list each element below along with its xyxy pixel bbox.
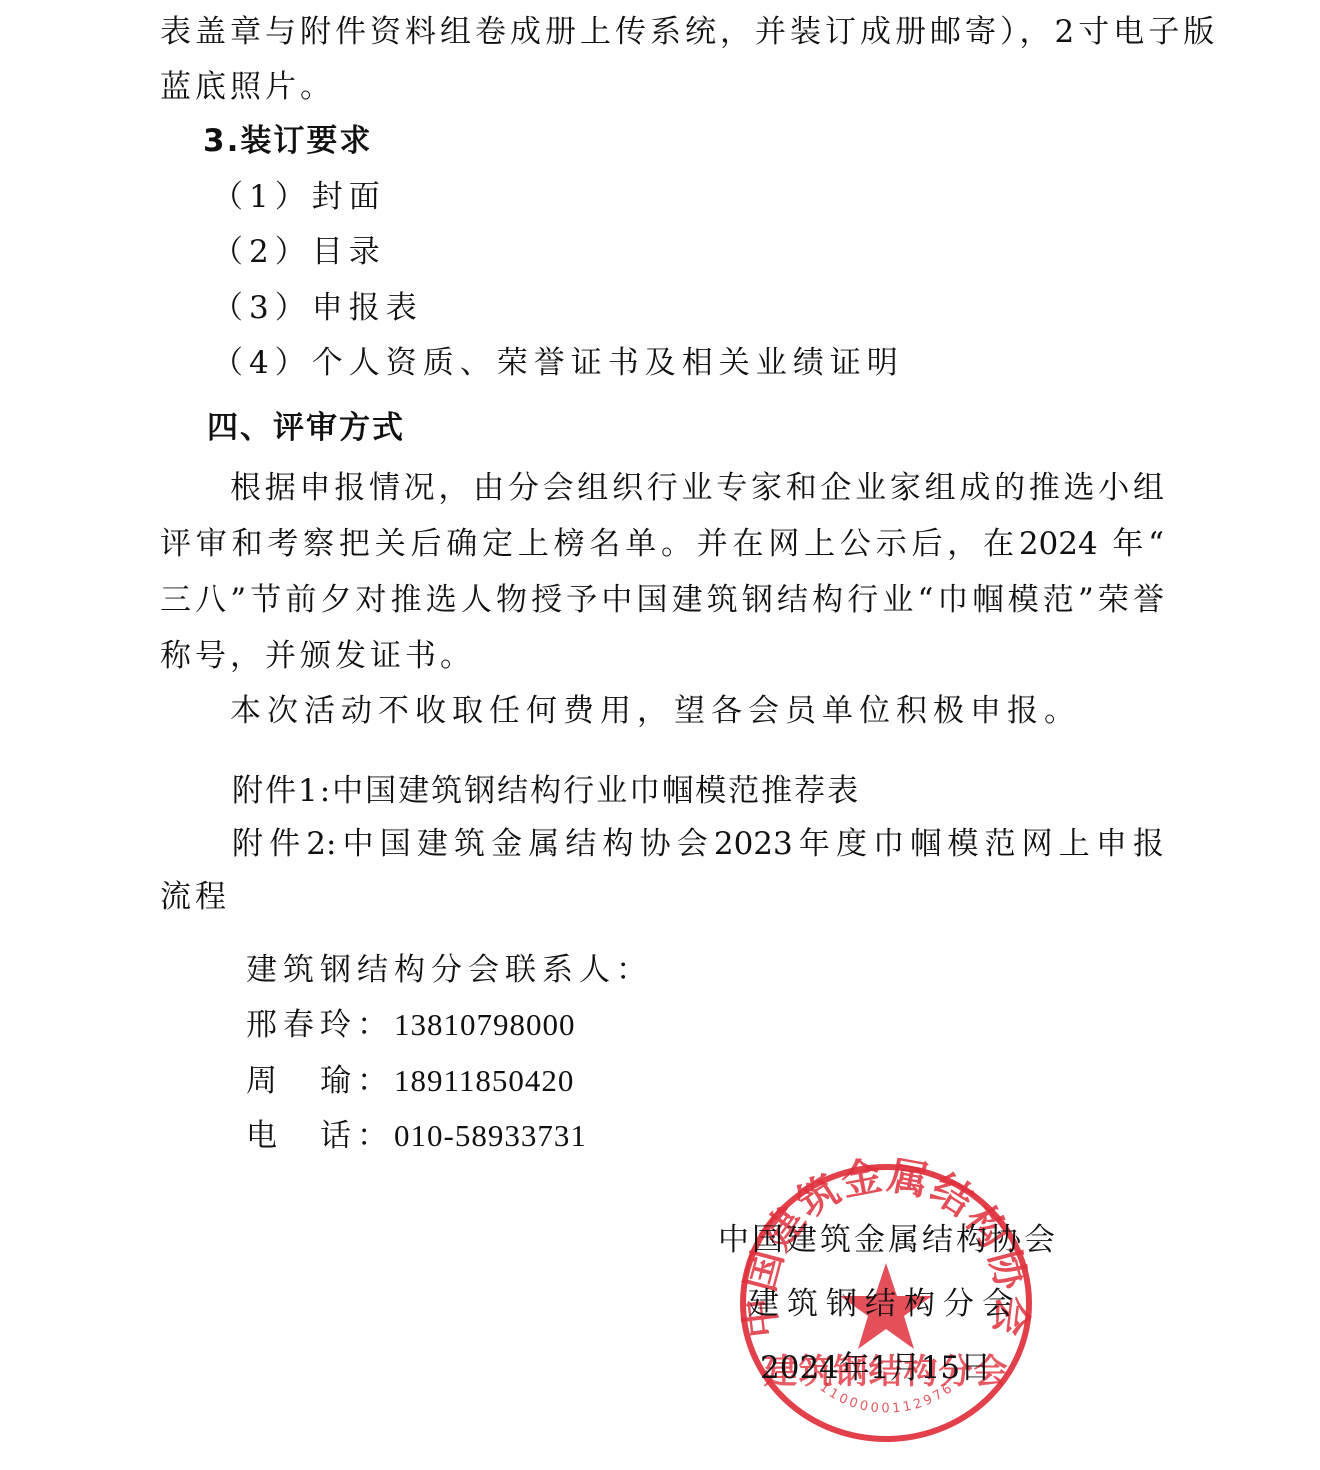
contact-sep: ：: [357, 1007, 394, 1043]
attachment-1-title: 中国建筑钢结构行业巾帼模范推荐表: [332, 773, 860, 809]
review-paragraph-line-2: 评审和考察把关后确定上榜名单。并在网上公示后，在2024 年“: [160, 524, 1164, 564]
attachment-1[interactable]: 附件1:中国建筑钢结构行业巾帼模范推荐表: [232, 771, 860, 811]
contacts-heading: 建筑钢结构分会联系人：: [246, 950, 653, 990]
contact-name: 周 瑜: [246, 1063, 357, 1099]
review-paragraph-line-1: 根据申报情况，由分会组织行业专家和企业家组成的推选小组: [230, 468, 1164, 508]
continued-paragraph-line-1: 表盖章与附件资料组卷成册上传系统，并装订成册邮寄），2寸电子版: [160, 12, 1164, 52]
attachment-2-continuation: 流程: [160, 877, 230, 917]
attachment-2-label: 附件2:: [232, 826, 336, 862]
signature-branch: 建筑钢结构分会: [748, 1284, 1021, 1324]
signature-org: 中国建筑金属结构协会: [718, 1220, 1058, 1260]
contact-phone[interactable]: 18911850420: [394, 1063, 574, 1098]
review-paragraph-line-4: 称号，并颁发证书。: [160, 636, 475, 676]
section-4-heading: 四、评审方式: [207, 408, 405, 448]
review-paragraph-line-3: 三八”节前夕对推选人物授予中国建筑钢结构行业“巾帼模范”荣誉: [160, 580, 1164, 620]
contact-phone[interactable]: 13810798000: [394, 1007, 576, 1042]
signature-date: 2024年1月15日: [760, 1348, 991, 1388]
contact-sep: ：: [357, 1063, 394, 1099]
attachment-2[interactable]: 附件2:中国建筑金属结构协会2023年度巾帼模范网上申报: [232, 824, 1164, 864]
section-3-item-3: （3）申报表: [212, 288, 423, 328]
section-3-item-1: （1）封面: [212, 177, 386, 217]
contact-row-2: 周 瑜：18911850420: [246, 1061, 574, 1101]
contact-sep: ：: [357, 1118, 394, 1154]
attachment-2-title: 中国建筑金属结构协会2023年度巾帼模范网上申报: [336, 826, 1164, 862]
contact-phone[interactable]: 010-58933731: [394, 1118, 587, 1153]
continued-paragraph-line-2: 蓝底照片。: [160, 67, 335, 107]
section-3-item-2: （2）目录: [212, 232, 386, 272]
section-3-item-4: （4）个人资质、荣誉证书及相关业绩证明: [212, 343, 904, 383]
attachment-1-label: 附件1:: [232, 773, 332, 809]
section-3-heading: 3.装订要求: [203, 121, 372, 161]
contact-name: 电 话: [246, 1118, 357, 1154]
contact-name: 邢春玲: [246, 1007, 357, 1043]
fee-note: 本次活动不收取任何费用，望各会员单位积极申报。: [230, 691, 1081, 731]
contact-row-3: 电 话：010-58933731: [246, 1116, 587, 1156]
contact-row-1: 邢春玲：13810798000: [246, 1005, 576, 1045]
